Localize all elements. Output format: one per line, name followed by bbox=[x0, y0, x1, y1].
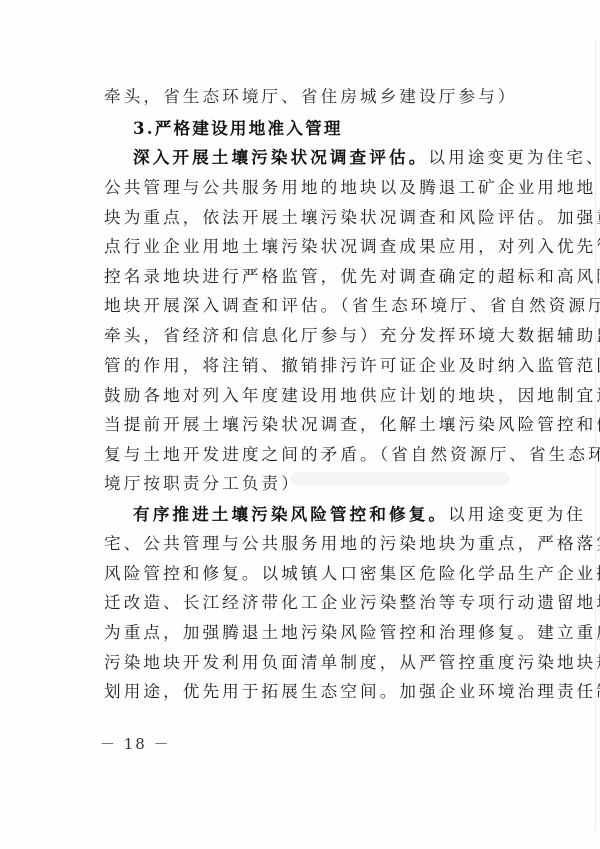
line-text: 鼓励各地对列入年度建设用地供应计划的地块，因地制宜适 bbox=[104, 386, 600, 405]
text-line-19: 为重点，加强腾退土地污染风险管控和治理修复。建立重度 bbox=[104, 621, 504, 645]
line-text: 风险管控和修复。以城镇人口密集区危险化学品生产企业搬 bbox=[104, 564, 600, 583]
text-line-6: 点行业企业用地土壤污染状况调查成果应用，对列入优先管 bbox=[104, 235, 504, 259]
line-text: 管的作用，将注销、撤销排污许可证企业及时纳入监管范围。 bbox=[104, 356, 600, 375]
text-line-5: 块为重点，依法开展土壤污染状况调查和风险评估。加强重 bbox=[104, 206, 504, 230]
line-text: 地块开展深入调查和评估。（省生态环境厅、省自然资源厅 bbox=[104, 296, 600, 315]
line-text: 以用途变更为住宅、 bbox=[428, 148, 600, 167]
text-line-9: 牵头，省经济和信息化厅参与）充分发挥环境大数据辅助监 bbox=[104, 324, 504, 348]
line-text: 控名录地块进行严格监管，优先对调查确定的超标和高风险 bbox=[104, 267, 600, 286]
text-line-10: 管的作用，将注销、撤销排污许可证企业及时纳入监管范围。 bbox=[104, 354, 504, 378]
text-line-11: 鼓励各地对列入年度建设用地供应计划的地块，因地制宜适 bbox=[104, 384, 504, 408]
line-text: 牵头，省经济和信息化厅参与）充分发挥环境大数据辅助监 bbox=[104, 326, 600, 345]
line-text: 划用途，优先用于拓展生态空间。加强企业环境治理责任制 bbox=[104, 682, 600, 701]
line-text: 为重点，加强腾退土地污染风险管控和治理修复。建立重度 bbox=[104, 623, 600, 642]
line-text: 宅、公共管理与公共服务用地的污染地块为重点，严格落实 bbox=[104, 534, 600, 553]
heading-text: 3.严格建设用地准入管理 bbox=[133, 118, 343, 138]
text-line-17: 风险管控和修复。以城镇人口密集区危险化学品生产企业搬 bbox=[104, 562, 504, 586]
document-page: 牵头，省生态环境厅、省住房城乡建设厅参与） 3.严格建设用地准入管理 深入开展土… bbox=[0, 0, 600, 849]
text-line-4: 公共管理与公共服务用地的地块以及腾退工矿企业用地地 bbox=[104, 176, 504, 200]
text-line-14: 境厅按职责分工负责） bbox=[104, 472, 504, 496]
text-line-16: 宅、公共管理与公共服务用地的污染地块为重点，严格落实 bbox=[104, 532, 504, 556]
text-line-18: 迁改造、长江经济带化工企业污染整治等专项行动遗留地块 bbox=[104, 591, 504, 615]
line-text: 当提前开展土壤污染状况调查，化解土壤污染风险管控和修 bbox=[104, 415, 600, 434]
line-text: 公共管理与公共服务用地的地块以及腾退工矿企业用地地 bbox=[104, 178, 596, 197]
text-line-7: 控名录地块进行严格监管，优先对调查确定的超标和高风险 bbox=[104, 265, 504, 289]
section-heading: 3.严格建设用地准入管理 bbox=[133, 116, 533, 140]
line-text: 复与土地开发进度之间的矛盾。（省自然资源厅、省生态环 bbox=[104, 445, 600, 464]
paragraph-2-start: 有序推进土壤污染风险管控和修复。以用途变更为住 bbox=[133, 502, 533, 526]
line-text: 境厅按职责分工负责） bbox=[104, 474, 301, 493]
line-text: 污染地块开发利用负面清单制度，从严管控重度污染地块规 bbox=[104, 653, 600, 672]
text-line-21: 划用途，优先用于拓展生态空间。加强企业环境治理责任制 bbox=[104, 680, 504, 704]
line-text: 迁改造、长江经济带化工企业污染整治等专项行动遗留地块 bbox=[104, 593, 600, 612]
text-line-12: 当提前开展土壤污染状况调查，化解土壤污染风险管控和修 bbox=[104, 413, 504, 437]
line-text: 点行业企业用地土壤污染状况调查成果应用，对列入优先管 bbox=[104, 237, 600, 256]
paragraph-lead-bold: 有序推进土壤污染风险管控和修复。 bbox=[133, 504, 448, 524]
paragraph-lead-bold: 深入开展土壤污染状况调查评估。 bbox=[133, 147, 428, 167]
text-line-1: 牵头，省生态环境厅、省住房城乡建设厅参与） bbox=[104, 85, 504, 109]
paragraph-1-start: 深入开展土壤污染状况调查评估。以用途变更为住宅、 bbox=[133, 145, 533, 169]
text-line-13: 复与土地开发进度之间的矛盾。（省自然资源厅、省生态环 bbox=[104, 443, 504, 467]
page-number: － 18 － bbox=[100, 734, 171, 754]
text-line-8: 地块开展深入调查和评估。（省生态环境厅、省自然资源厅 bbox=[104, 294, 504, 318]
line-text: 牵头，省生态环境厅、省住房城乡建设厅参与） bbox=[104, 87, 518, 106]
line-text: 块为重点，依法开展土壤污染状况调查和风险评估。加强重 bbox=[104, 208, 600, 227]
text-line-20: 污染地块开发利用负面清单制度，从严管控重度污染地块规 bbox=[104, 651, 504, 675]
line-text: 以用途变更为住 bbox=[448, 505, 586, 524]
